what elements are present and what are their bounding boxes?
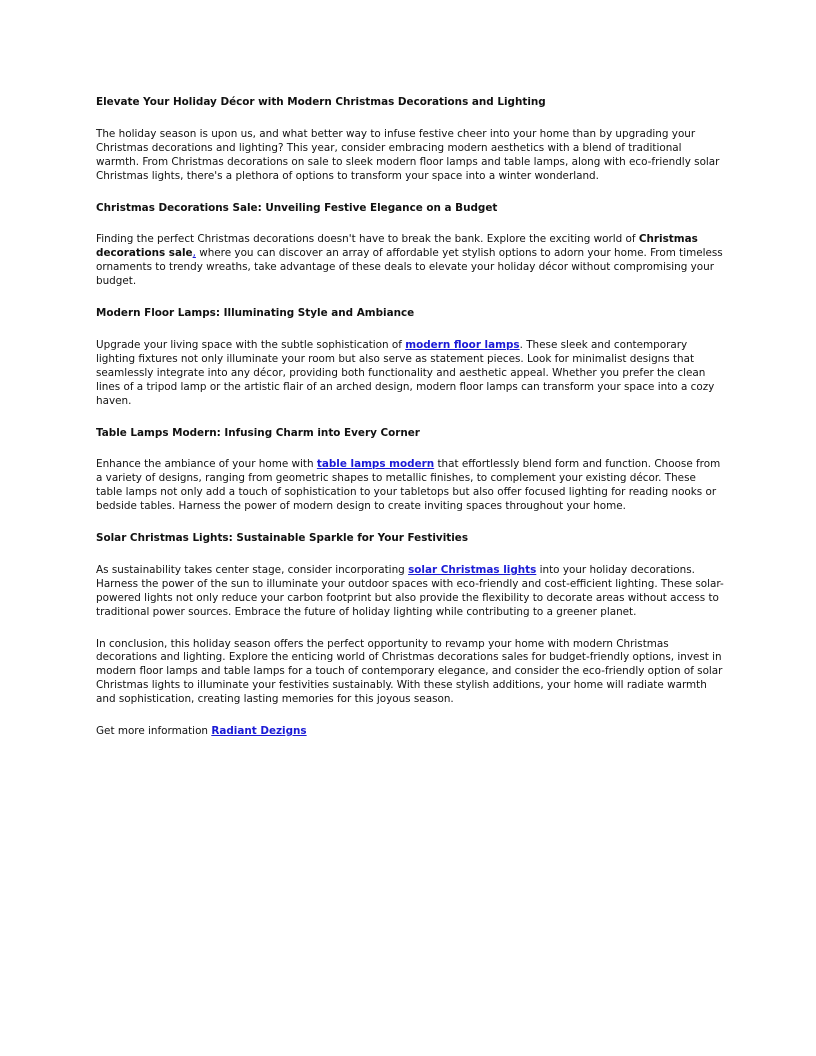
footer-line: Get more information Radiant Dezigns [96, 725, 724, 739]
section-paragraph-table-lamps: Enhance the ambiance of your home with t… [96, 458, 724, 514]
intro-paragraph: The holiday season is upon us, and what … [96, 128, 724, 184]
paragraph-text: Enhance the ambiance of your home with [96, 458, 317, 470]
paragraph-text: As sustainability takes center stage, co… [96, 564, 408, 576]
section-heading-decorations-sale: Christmas Decorations Sale: Unveiling Fe… [96, 202, 724, 216]
radiant-dezigns-link[interactable]: Radiant Dezigns [211, 725, 306, 737]
section-heading-solar-lights: Solar Christmas Lights: Sustainable Spar… [96, 532, 724, 546]
document-page: Elevate Your Holiday Décor with Modern C… [96, 96, 724, 757]
footer-prefix: Get more information [96, 725, 211, 737]
section-paragraph-decorations-sale: Finding the perfect Christmas decoration… [96, 233, 724, 289]
section-paragraph-floor-lamps: Upgrade your living space with the subtl… [96, 339, 724, 409]
conclusion-paragraph: In conclusion, this holiday season offer… [96, 638, 724, 708]
paragraph-text: Finding the perfect Christmas decoration… [96, 233, 639, 245]
section-paragraph-solar-lights: As sustainability takes center stage, co… [96, 564, 724, 620]
modern-floor-lamps-link[interactable]: modern floor lamps [405, 339, 519, 351]
solar-christmas-lights-link[interactable]: solar Christmas lights [408, 564, 536, 576]
document-title: Elevate Your Holiday Décor with Modern C… [96, 96, 724, 110]
section-heading-floor-lamps: Modern Floor Lamps: Illuminating Style a… [96, 307, 724, 321]
section-heading-table-lamps: Table Lamps Modern: Infusing Charm into … [96, 427, 724, 441]
table-lamps-modern-link[interactable]: table lamps modern [317, 458, 434, 470]
paragraph-text: Upgrade your living space with the subtl… [96, 339, 405, 351]
